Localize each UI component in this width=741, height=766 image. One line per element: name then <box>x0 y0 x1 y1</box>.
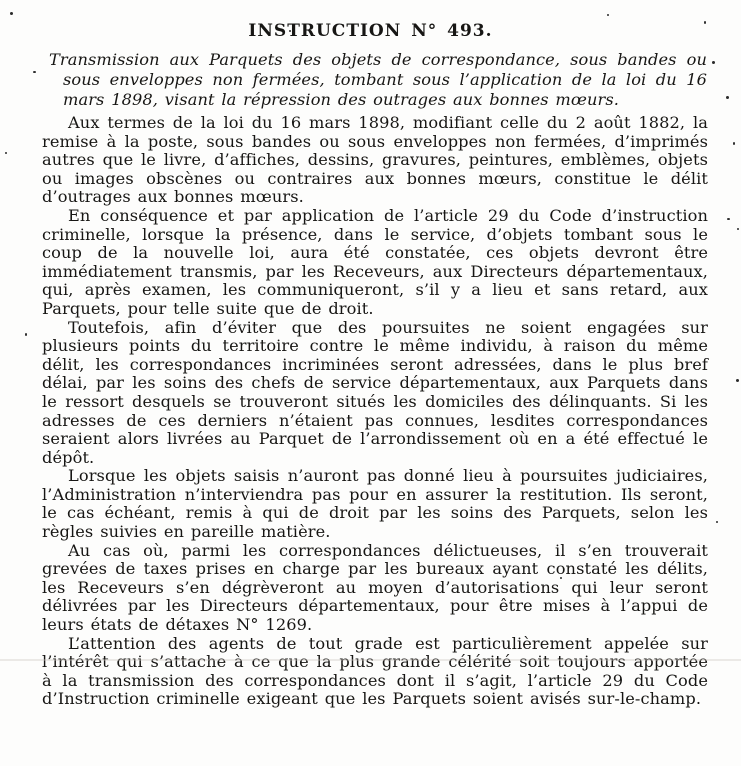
scan-speck <box>289 30 291 32</box>
document-summary: Transmission aux Parquets des objets de … <box>49 50 707 109</box>
paragraph: Aux termes de la loi du 16 mars 1898, mo… <box>42 114 708 207</box>
scan-speck <box>727 218 730 220</box>
scan-speck <box>716 521 718 523</box>
paragraph: En conséquence et par application de l’a… <box>42 207 708 319</box>
scan-speck <box>25 333 27 336</box>
scan-speck <box>736 379 739 382</box>
scan-speck <box>33 71 36 73</box>
scan-speck <box>726 96 729 99</box>
paragraph: L’attention des agents de tout grade est… <box>42 635 708 709</box>
paragraph: Toutefois, afin d’éviter que des poursui… <box>42 319 708 468</box>
scan-speck <box>712 61 715 64</box>
paragraph: Au cas où, parmi les correspondances dél… <box>42 542 708 635</box>
scan-speck <box>607 14 609 16</box>
document-title: INSTRUCTION N° 493. <box>0 21 741 41</box>
paragraph: Lorsque les objets saisis n’auront pas d… <box>42 467 708 541</box>
scan-speck <box>10 12 13 15</box>
scan-speck <box>704 21 706 24</box>
scan-speck <box>733 142 735 145</box>
scan-speck <box>560 577 562 579</box>
document-body: Aux termes de la loi du 16 mars 1898, mo… <box>42 114 708 709</box>
document-page: INSTRUCTION N° 493. Transmission aux Par… <box>0 0 741 766</box>
scan-speck <box>737 228 739 230</box>
scan-speck <box>5 152 7 154</box>
scan-streak <box>0 659 741 661</box>
